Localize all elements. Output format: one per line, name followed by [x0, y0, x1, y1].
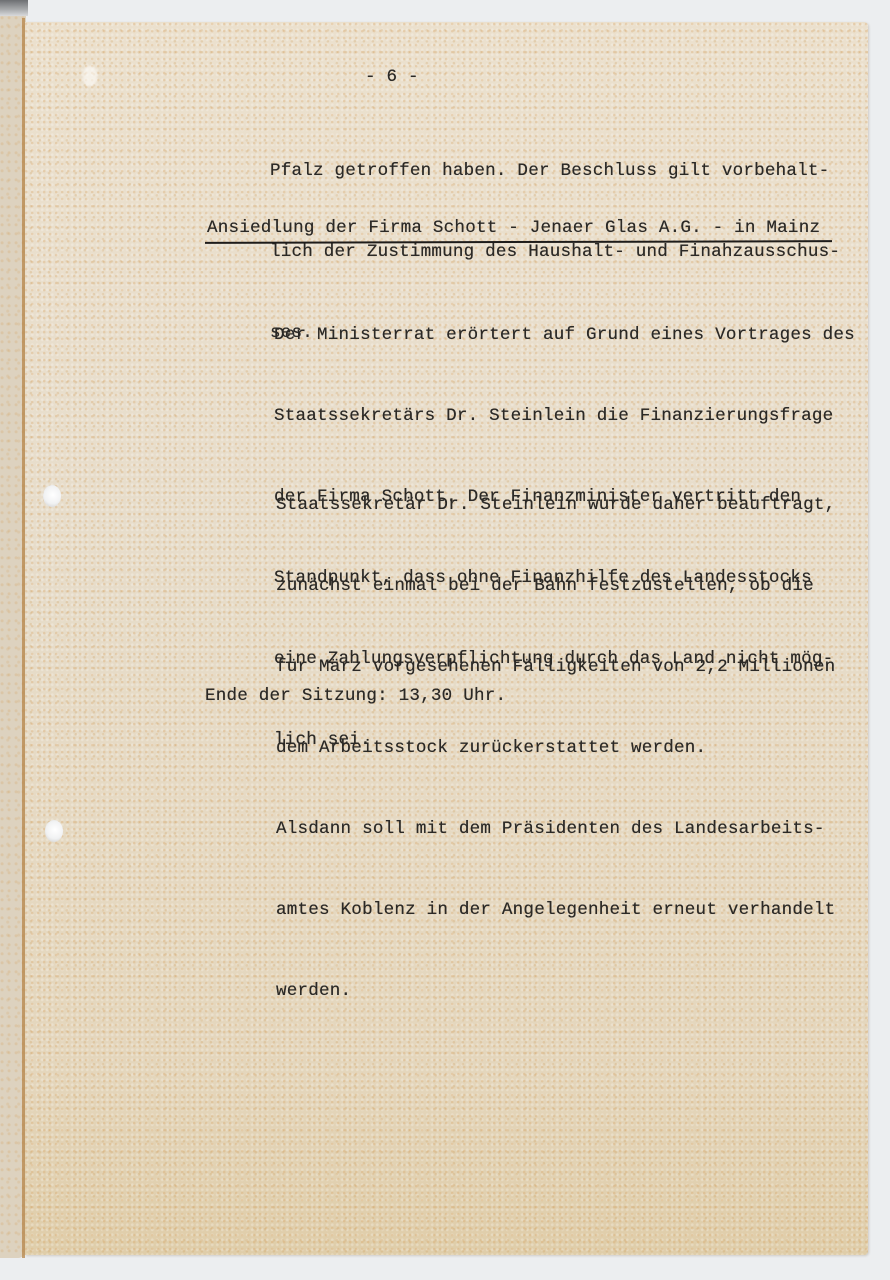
text-line: zunächst einmal bei der Bahn festzustell…	[276, 573, 835, 600]
text-line: Alsdann soll mit dem Präsidenten des Lan…	[276, 816, 835, 843]
section-paragraph-2: Staatssekretär Dr. Steinlein wurde daher…	[276, 438, 835, 1032]
text-line: Staatssekretär Dr. Steinlein wurde daher…	[276, 492, 835, 519]
text-line: amtes Koblenz in der Angelegenheit erneu…	[276, 897, 835, 924]
text-line: Der Ministerrat erörtert auf Grund eines…	[274, 322, 855, 349]
text-line: werden.	[276, 978, 835, 1005]
paper-scuff-mark	[83, 66, 97, 86]
meeting-end-time: Ende der Sitzung: 13,30 Uhr.	[205, 683, 506, 710]
punch-hole-top	[43, 485, 61, 507]
page-number: - 6 -	[365, 64, 419, 91]
text-line: Pfalz getroffen haben. Der Beschluss gil…	[270, 158, 840, 185]
text-line: für März vorgesehenen Fälligkeiten von 2…	[276, 654, 835, 681]
punch-hole-bottom	[45, 820, 63, 842]
section-heading: Ansiedlung der Firma Schott - Jenaer Gla…	[207, 216, 820, 240]
text-line: Staatssekretärs Dr. Steinlein die Finanz…	[274, 403, 855, 430]
text-line: dem Arbeitsstock zurückerstattet werden.	[276, 735, 835, 762]
binder-clip	[0, 0, 28, 16]
